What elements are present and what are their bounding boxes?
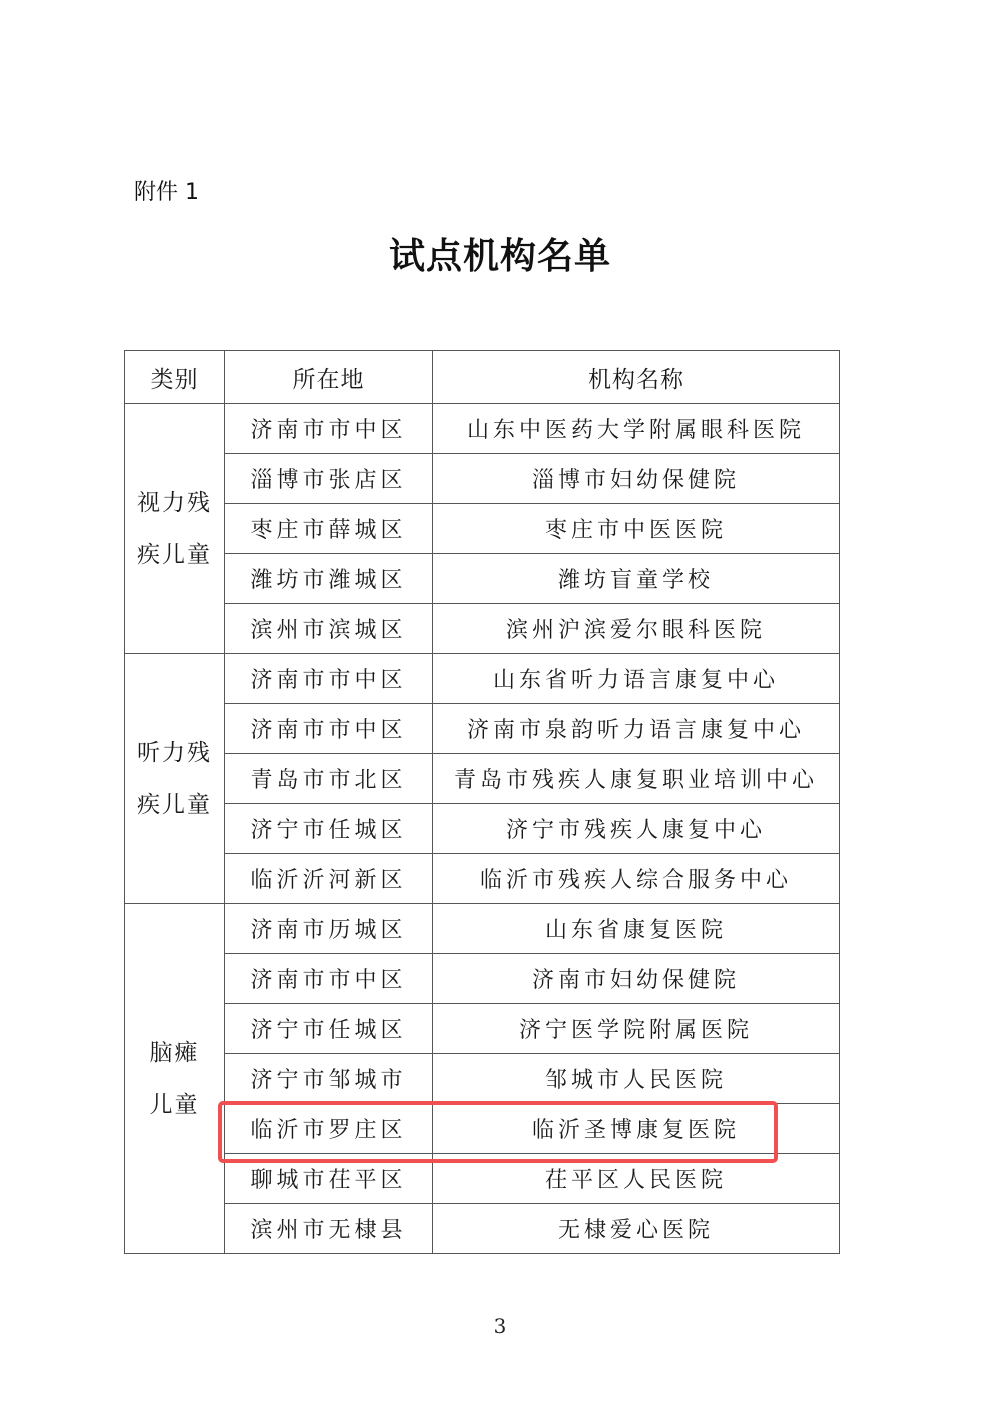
table-row: 听力残 疾儿童 济南市市中区 山东省听力语言康复中心 — [125, 654, 840, 704]
table-row: 青岛市市北区 青岛市残疾人康复职业培训中心 — [125, 754, 840, 804]
location-cell: 济南市历城区 — [225, 904, 433, 954]
table-row: 聊城市茌平区 茌平区人民医院 — [125, 1154, 840, 1204]
page-number: 3 — [0, 1314, 1000, 1338]
table-row: 临沂沂河新区 临沂市残疾人综合服务中心 — [125, 854, 840, 904]
organization-cell: 淄博市妇幼保健院 — [433, 454, 840, 504]
location-cell: 济宁市任城区 — [225, 1004, 433, 1054]
category-label-line1: 脑瘫 — [125, 1027, 224, 1079]
organization-cell: 济宁医学院附属医院 — [433, 1004, 840, 1054]
pilot-institutions-table: 类别 所在地 机构名称 视力残 疾儿童 济南市市中区 山东中医药大学附属眼科医院… — [124, 350, 840, 1254]
table-row: 济宁市邹城市 邹城市人民医院 — [125, 1054, 840, 1104]
organization-cell: 山东中医药大学附属眼科医院 — [433, 404, 840, 454]
category-label-line1: 视力残 — [125, 477, 224, 529]
location-cell: 济宁市邹城市 — [225, 1054, 433, 1104]
table-row: 滨州市滨城区 滨州沪滨爱尔眼科医院 — [125, 604, 840, 654]
category-cell-vision: 视力残 疾儿童 — [125, 404, 225, 654]
location-cell: 青岛市市北区 — [225, 754, 433, 804]
location-cell: 滨州市滨城区 — [225, 604, 433, 654]
category-label-line2: 疾儿童 — [125, 779, 224, 831]
category-label-line2: 疾儿童 — [125, 529, 224, 581]
location-cell: 济南市市中区 — [225, 404, 433, 454]
organization-cell: 无棣爱心医院 — [433, 1204, 840, 1254]
table-row: 济南市市中区 济南市泉韵听力语言康复中心 — [125, 704, 840, 754]
table-row: 潍坊市潍城区 潍坊盲童学校 — [125, 554, 840, 604]
table-row: 枣庄市薛城区 枣庄市中医医院 — [125, 504, 840, 554]
location-cell: 济南市市中区 — [225, 954, 433, 1004]
header-organization: 机构名称 — [433, 351, 840, 404]
organization-cell: 滨州沪滨爱尔眼科医院 — [433, 604, 840, 654]
location-cell: 淄博市张店区 — [225, 454, 433, 504]
category-cell-cerebral-palsy: 脑瘫 儿童 — [125, 904, 225, 1254]
location-cell: 济南市市中区 — [225, 654, 433, 704]
location-cell: 聊城市茌平区 — [225, 1154, 433, 1204]
table-row: 济宁市任城区 济宁市残疾人康复中心 — [125, 804, 840, 854]
location-cell: 济南市市中区 — [225, 704, 433, 754]
table-row: 济宁市任城区 济宁医学院附属医院 — [125, 1004, 840, 1054]
organization-cell: 临沂圣博康复医院 — [433, 1104, 840, 1154]
organization-cell: 山东省康复医院 — [433, 904, 840, 954]
table-row: 脑瘫 儿童 济南市历城区 山东省康复医院 — [125, 904, 840, 954]
location-cell: 临沂市罗庄区 — [225, 1104, 433, 1154]
header-category: 类别 — [125, 351, 225, 404]
table-row: 视力残 疾儿童 济南市市中区 山东中医药大学附属眼科医院 — [125, 404, 840, 454]
location-cell: 枣庄市薛城区 — [225, 504, 433, 554]
organization-cell: 邹城市人民医院 — [433, 1054, 840, 1104]
category-label-line1: 听力残 — [125, 727, 224, 779]
table-header-row: 类别 所在地 机构名称 — [125, 351, 840, 404]
location-cell: 济宁市任城区 — [225, 804, 433, 854]
organization-cell: 茌平区人民医院 — [433, 1154, 840, 1204]
location-cell: 潍坊市潍城区 — [225, 554, 433, 604]
organization-cell: 山东省听力语言康复中心 — [433, 654, 840, 704]
header-location: 所在地 — [225, 351, 433, 404]
organization-cell: 枣庄市中医医院 — [433, 504, 840, 554]
category-label-line2: 儿童 — [125, 1079, 224, 1131]
organization-cell: 济宁市残疾人康复中心 — [433, 804, 840, 854]
location-cell: 滨州市无棣县 — [225, 1204, 433, 1254]
organization-cell: 济南市妇幼保健院 — [433, 954, 840, 1004]
organization-cell: 潍坊盲童学校 — [433, 554, 840, 604]
organization-cell: 济南市泉韵听力语言康复中心 — [433, 704, 840, 754]
organization-cell: 临沂市残疾人综合服务中心 — [433, 854, 840, 904]
location-cell: 临沂沂河新区 — [225, 854, 433, 904]
table-row: 淄博市张店区 淄博市妇幼保健院 — [125, 454, 840, 504]
attachment-label: 附件 1 — [134, 176, 199, 210]
table-row: 滨州市无棣县 无棣爱心医院 — [125, 1204, 840, 1254]
table-row: 济南市市中区 济南市妇幼保健院 — [125, 954, 840, 1004]
category-cell-hearing: 听力残 疾儿童 — [125, 654, 225, 904]
table-row-highlighted: 临沂市罗庄区 临沂圣博康复医院 — [125, 1104, 840, 1154]
page-title: 试点机构名单 — [0, 230, 1000, 282]
organization-cell: 青岛市残疾人康复职业培训中心 — [433, 754, 840, 804]
